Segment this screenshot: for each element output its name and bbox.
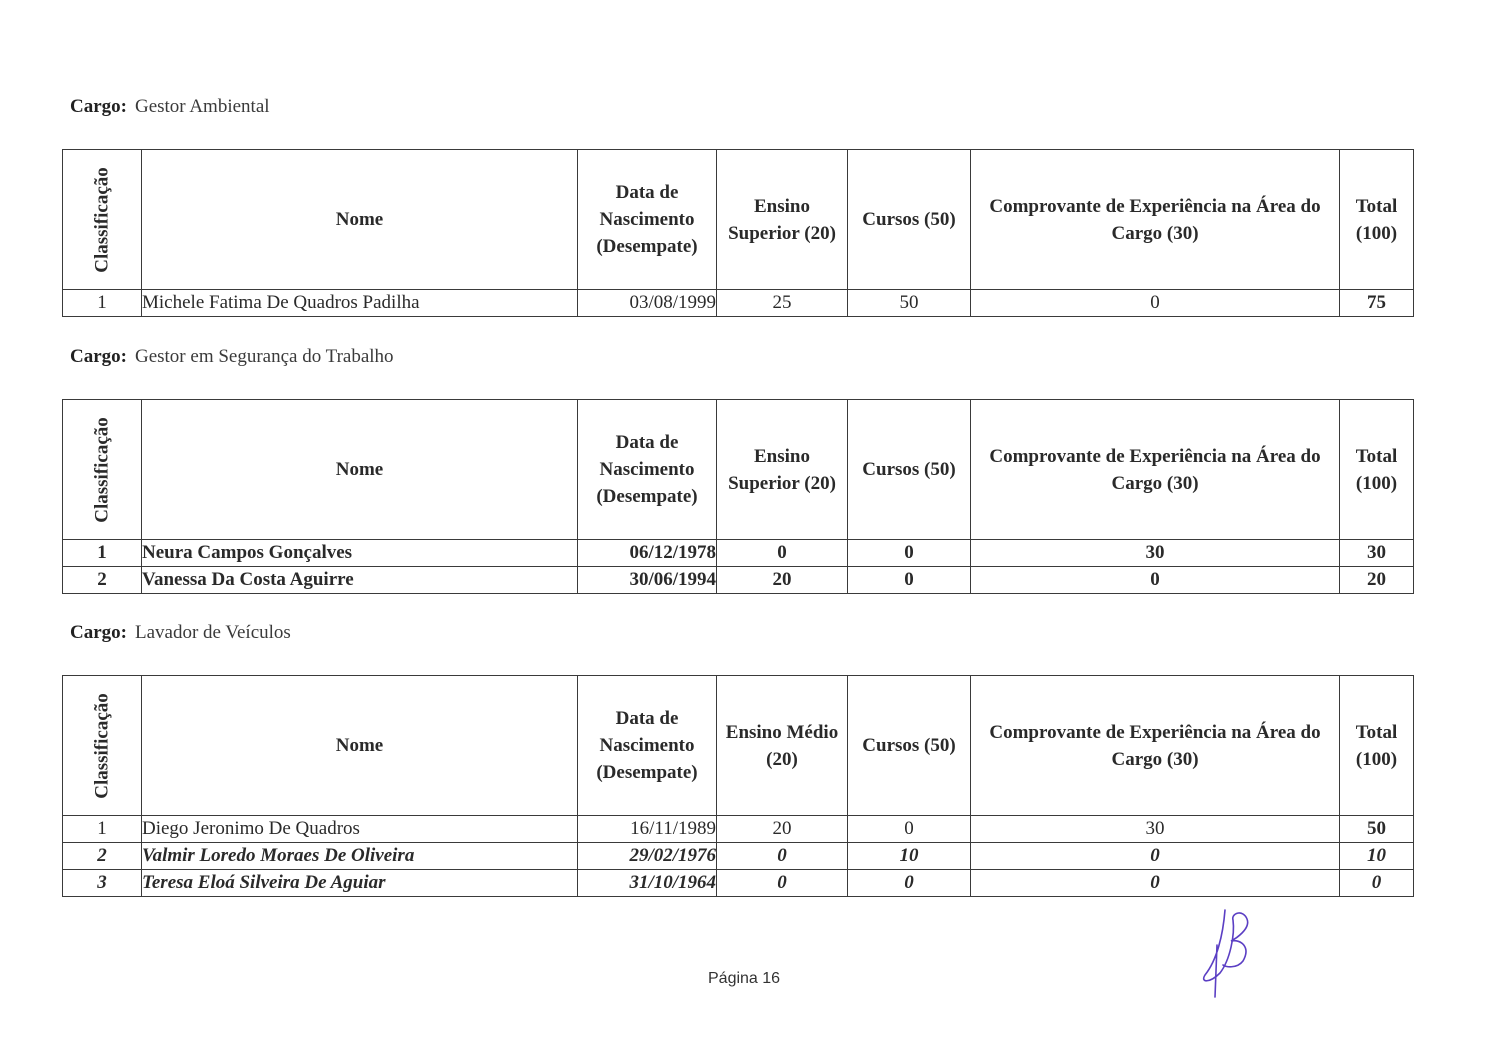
cell-ensino: 20 (717, 567, 848, 594)
header-nome: Nome (142, 400, 578, 540)
header-classificacao: Classificação (63, 400, 142, 540)
cell-experiencia: 0 (971, 290, 1340, 317)
cell-data-nascimento: 06/12/1978 (578, 540, 717, 567)
cell-nome: Valmir Loredo Moraes De Oliveira (142, 843, 578, 870)
table-header: Classificação Nome Data de Nascimento (D… (63, 150, 1414, 290)
table-row: 3 Teresa Eloá Silveira De Aguiar 31/10/1… (63, 870, 1414, 897)
cell-classificacao: 1 (63, 540, 142, 567)
cargo-title: Cargo:Lavador de Veículos (70, 622, 291, 644)
cell-data-nascimento: 16/11/1989 (578, 816, 717, 843)
classification-table: Classificação Nome Data de Nascimento (D… (62, 675, 1414, 897)
cell-data-nascimento: 30/06/1994 (578, 567, 717, 594)
cargo-label: Cargo: (70, 96, 127, 117)
cell-classificacao: 2 (63, 843, 142, 870)
cell-total: 20 (1340, 567, 1414, 594)
cell-ensino: 0 (717, 540, 848, 567)
table-row: 2 Valmir Loredo Moraes De Oliveira 29/02… (63, 843, 1414, 870)
cell-experiencia: 30 (971, 540, 1340, 567)
cell-ensino: 25 (717, 290, 848, 317)
cell-experiencia: 0 (971, 843, 1340, 870)
table-header: Classificação Nome Data de Nascimento (D… (63, 400, 1414, 540)
cell-experiencia: 30 (971, 816, 1340, 843)
header-cursos: Cursos (50) (848, 676, 971, 816)
cell-nome: Neura Campos Gonçalves (142, 540, 578, 567)
cargo-label: Cargo: (70, 346, 127, 367)
cell-nome: Vanessa Da Costa Aguirre (142, 567, 578, 594)
cell-cursos: 0 (848, 816, 971, 843)
cell-total: 50 (1340, 816, 1414, 843)
header-ensino: Ensino Médio (20) (717, 676, 848, 816)
header-data-nascimento: Data de Nascimento (Desempate) (578, 676, 717, 816)
cell-nome: Diego Jeronimo De Quadros (142, 816, 578, 843)
table-header: Classificação Nome Data de Nascimento (D… (63, 676, 1414, 816)
classification-table: Classificação Nome Data de Nascimento (D… (62, 149, 1414, 317)
header-experiencia: Comprovante de Experiência na Área do Ca… (971, 400, 1340, 540)
header-experiencia: Comprovante de Experiência na Área do Ca… (971, 676, 1340, 816)
cell-total: 10 (1340, 843, 1414, 870)
header-total: Total (100) (1340, 150, 1414, 290)
cell-nome: Teresa Eloá Silveira De Aguiar (142, 870, 578, 897)
cargo-title: Cargo:Gestor em Segurança do Trabalho (70, 346, 394, 368)
cell-total: 75 (1340, 290, 1414, 317)
header-cursos: Cursos (50) (848, 150, 971, 290)
header-nome: Nome (142, 676, 578, 816)
cell-cursos: 0 (848, 567, 971, 594)
header-data-nascimento: Data de Nascimento (Desempate) (578, 400, 717, 540)
header-classificacao: Classificação (63, 676, 142, 816)
cell-cursos: 0 (848, 870, 971, 897)
header-total: Total (100) (1340, 676, 1414, 816)
cargo-value: Gestor em Segurança do Trabalho (135, 346, 394, 367)
cell-classificacao: 1 (63, 290, 142, 317)
signature-icon (1195, 905, 1265, 1000)
header-data-nascimento: Data de Nascimento (Desempate) (578, 150, 717, 290)
cell-cursos: 50 (848, 290, 971, 317)
header-experiencia: Comprovante de Experiência na Área do Ca… (971, 150, 1340, 290)
header-ensino: Ensino Superior (20) (717, 400, 848, 540)
cell-total: 30 (1340, 540, 1414, 567)
table-row: 1 Michele Fatima De Quadros Padilha 03/0… (63, 290, 1414, 317)
cargo-title: Cargo:Gestor Ambiental (70, 96, 270, 118)
page-number: Página 16 (708, 970, 780, 988)
cell-ensino: 0 (717, 843, 848, 870)
table-row: 2 Vanessa Da Costa Aguirre 30/06/1994 20… (63, 567, 1414, 594)
cell-ensino: 20 (717, 816, 848, 843)
cell-ensino: 0 (717, 870, 848, 897)
header-ensino: Ensino Superior (20) (717, 150, 848, 290)
header-cursos: Cursos (50) (848, 400, 971, 540)
cell-cursos: 0 (848, 540, 971, 567)
header-total: Total (100) (1340, 400, 1414, 540)
header-classificacao: Classificação (63, 150, 142, 290)
cell-classificacao: 3 (63, 870, 142, 897)
table-row: 1 Diego Jeronimo De Quadros 16/11/1989 2… (63, 816, 1414, 843)
classification-table: Classificação Nome Data de Nascimento (D… (62, 399, 1414, 594)
cell-cursos: 10 (848, 843, 971, 870)
cell-data-nascimento: 29/02/1976 (578, 843, 717, 870)
table-row: 1 Neura Campos Gonçalves 06/12/1978 0 0 … (63, 540, 1414, 567)
cargo-value: Lavador de Veículos (135, 622, 291, 643)
cell-experiencia: 0 (971, 567, 1340, 594)
cargo-value: Gestor Ambiental (135, 96, 270, 117)
cargo-label: Cargo: (70, 622, 127, 643)
cell-data-nascimento: 31/10/1964 (578, 870, 717, 897)
cell-nome: Michele Fatima De Quadros Padilha (142, 290, 578, 317)
cell-classificacao: 2 (63, 567, 142, 594)
cell-data-nascimento: 03/08/1999 (578, 290, 717, 317)
header-nome: Nome (142, 150, 578, 290)
cell-classificacao: 1 (63, 816, 142, 843)
cell-experiencia: 0 (971, 870, 1340, 897)
cell-total: 0 (1340, 870, 1414, 897)
